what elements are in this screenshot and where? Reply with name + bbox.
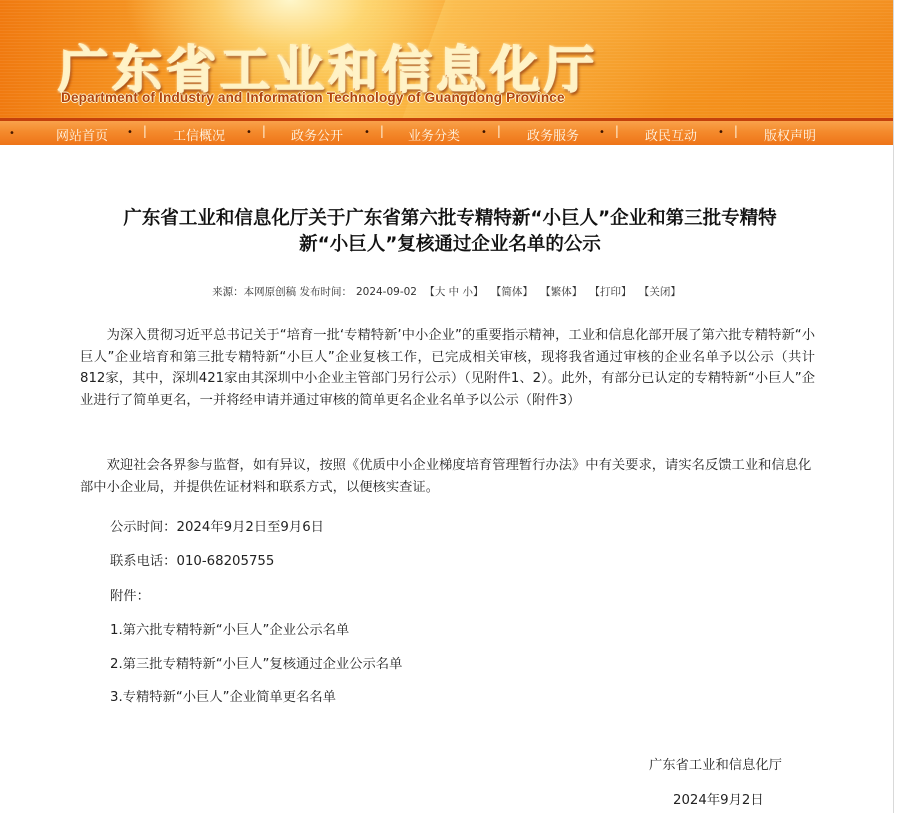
contact-phone: 联系电话：010-68205755 bbox=[110, 550, 274, 569]
close-link[interactable]: 【关闭】 bbox=[639, 286, 681, 298]
simplified-chinese-link[interactable]: 【简体】 bbox=[491, 286, 533, 298]
nav-item-business[interactable]: 业务分类 bbox=[408, 125, 460, 144]
traditional-chinese-link[interactable]: 【繁体】 bbox=[540, 286, 582, 298]
source-label: 来源：本网原创稿 发布时间： bbox=[212, 286, 352, 298]
main-nav: • 网站首页 •| 工信概况 •| 政务公开 •| 业务分类 •| 政务服务 •… bbox=[0, 118, 893, 145]
bullet-icon: • bbox=[481, 127, 487, 138]
nav-separator: •| bbox=[718, 124, 738, 138]
nav-item-gov-affairs[interactable]: 政务公开 bbox=[291, 125, 343, 144]
nav-item-overview[interactable]: 工信概况 bbox=[173, 125, 225, 144]
attachments-label: 附件： bbox=[110, 585, 150, 604]
nav-separator: •| bbox=[599, 124, 619, 138]
attachment-link-2[interactable]: 2.第三批专精特新“小巨人”复核通过企业公示名单 bbox=[110, 653, 402, 672]
page-frame: 广东省工业和信息化厅 广东省工业和信息化厅 Department of Indu… bbox=[0, 0, 894, 813]
article-meta: 来源：本网原创稿 发布时间：2024-09-02 【大 中 小】 【简体】 【繁… bbox=[0, 284, 893, 299]
nav-item-interaction[interactable]: 政民互动 bbox=[645, 125, 697, 144]
article-title-line2: 新“小巨人”复核通过企业名单的公示 bbox=[60, 232, 840, 258]
bullet-icon: • bbox=[127, 127, 133, 138]
nav-separator: •| bbox=[481, 124, 501, 138]
site-banner: 广东省工业和信息化厅 广东省工业和信息化厅 Department of Indu… bbox=[0, 0, 893, 118]
bullet-icon: • bbox=[718, 127, 724, 138]
paragraph-intro: 为深入贯彻习近平总书记关于“培育一批‘专精特新’中小企业”的重要指示精神，工业和… bbox=[80, 325, 815, 411]
article-title: 广东省工业和信息化厅关于广东省第六批专精特新“小巨人”企业和第三批专精特 新“小… bbox=[60, 206, 840, 258]
paragraph-supervision: 欢迎社会各界参与监督，如有异议，按照《优质中小企业梯度培育管理暂行办法》中有关要… bbox=[80, 455, 815, 498]
signature-org: 广东省工业和信息化厅 bbox=[649, 754, 782, 773]
nav-separator: •| bbox=[127, 124, 147, 138]
bullet-icon: • bbox=[364, 127, 370, 138]
publish-date: 2024-09-02 bbox=[356, 286, 417, 298]
nav-item-copyright[interactable]: 版权声明 bbox=[764, 125, 816, 144]
print-link[interactable]: 【打印】 bbox=[590, 286, 632, 298]
publicity-period: 公示时间：2024年9月2日至9月6日 bbox=[110, 516, 324, 535]
nav-separator: •| bbox=[364, 124, 384, 138]
article-title-line1: 广东省工业和信息化厅关于广东省第六批专精特新“小巨人”企业和第三批专精特 bbox=[60, 206, 840, 232]
bullet-icon: • bbox=[9, 128, 15, 139]
nav-item-services[interactable]: 政务服务 bbox=[527, 125, 579, 144]
nav-separator: •| bbox=[246, 124, 266, 138]
bullet-icon: • bbox=[246, 127, 252, 138]
font-size-control[interactable]: 【大 中 小】 bbox=[424, 286, 483, 298]
attachment-link-3[interactable]: 3.专精特新“小巨人”企业简单更名名单 bbox=[110, 686, 336, 705]
attachment-link-1[interactable]: 1.第六批专精特新“小巨人”企业公示名单 bbox=[110, 619, 349, 638]
signature-date: 2024年9月2日 bbox=[673, 789, 764, 808]
site-subtitle: Department of Industry and Information T… bbox=[61, 90, 565, 105]
bullet-icon: • bbox=[599, 127, 605, 138]
nav-item-home[interactable]: 网站首页 bbox=[56, 125, 108, 144]
article-body: 为深入贯彻习近平总书记关于“培育一批‘专精特新’中小企业”的重要指示精神，工业和… bbox=[80, 325, 815, 411]
